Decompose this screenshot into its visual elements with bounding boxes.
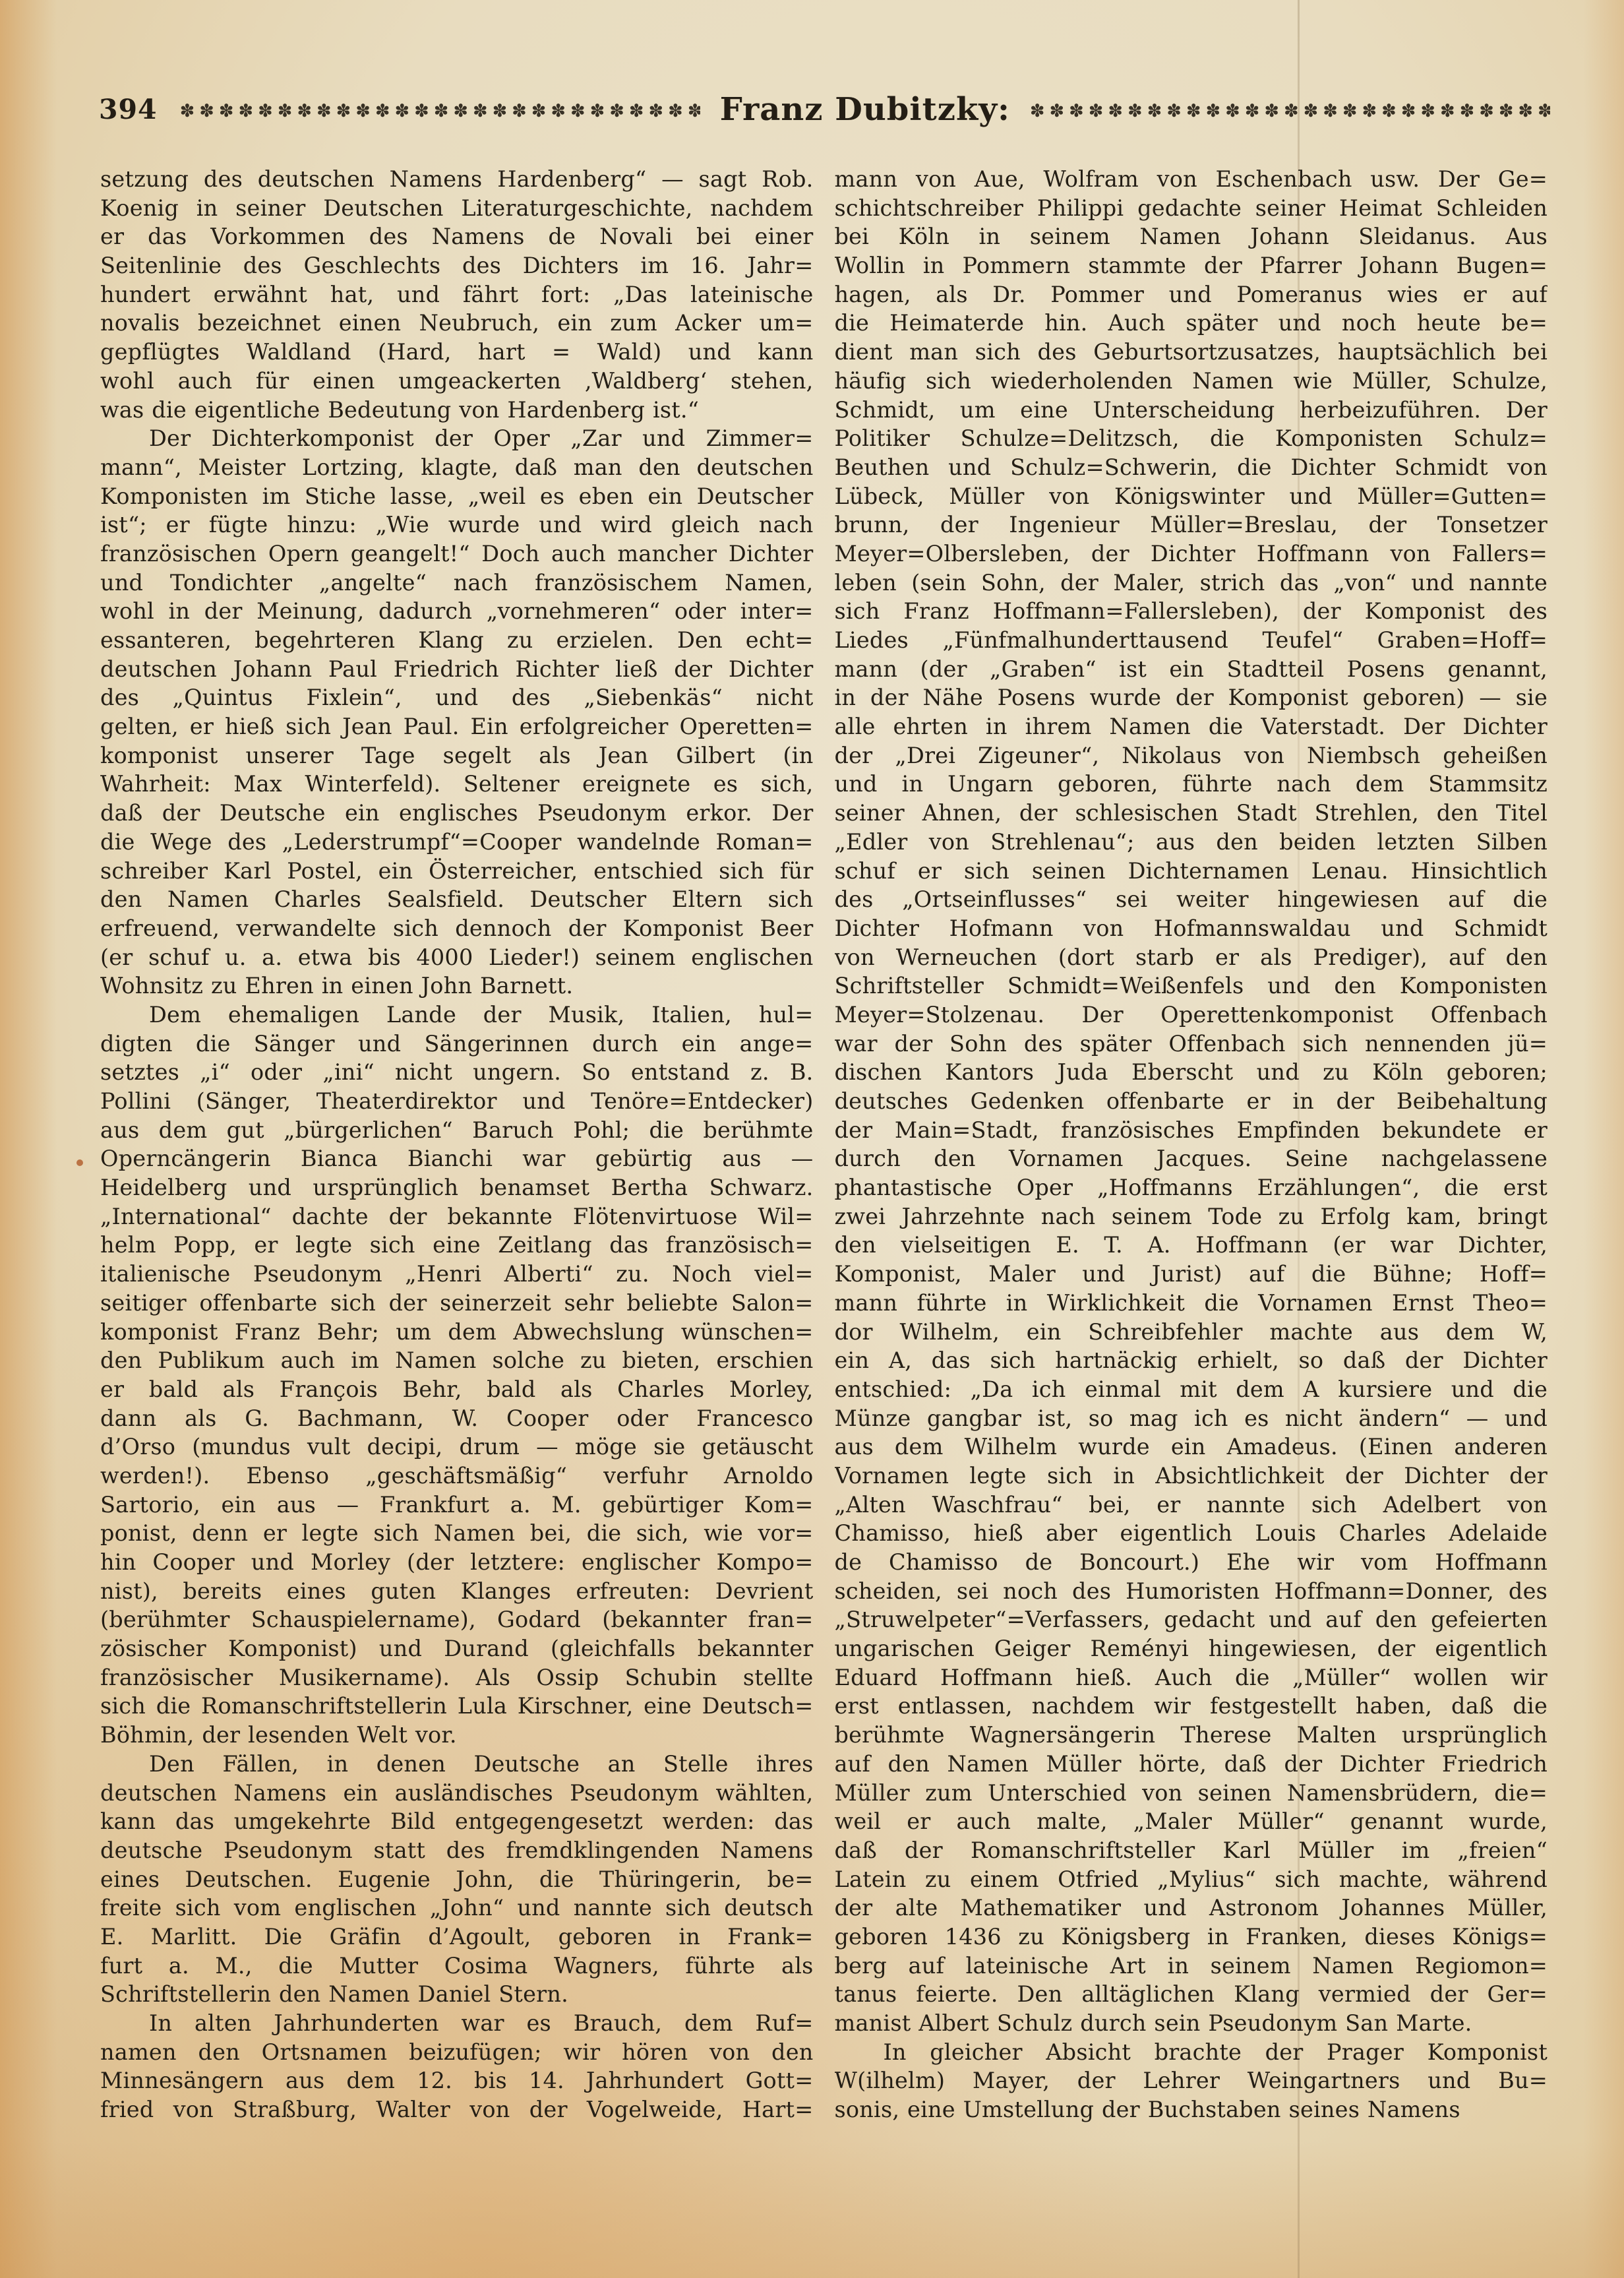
text-line: setzung des deutschen Namens Hardenberg“… — [100, 165, 814, 194]
text-line: Komponisten im Stiche lasse, „weil es eb… — [100, 482, 814, 511]
right-column: mann von Aue, Wolfram von Eschenbach usw… — [835, 165, 1548, 2124]
text-line: von Werneuchen (dort starb er als Predig… — [835, 943, 1548, 972]
text-line: die Heimaterde hin. Auch später und noch… — [835, 309, 1548, 338]
text-line: mann führte in Wirklichkeit die Vornamen… — [835, 1289, 1548, 1318]
text-line: gelten, er hieß sich Jean Paul. Ein erfo… — [100, 712, 814, 741]
text-line: sich die Romanschriftstellerin Lula Kirs… — [100, 1692, 814, 1721]
text-line: daß der Romanschriftsteller Karl Müller … — [835, 1836, 1548, 1865]
text-line: „Alten Waschfrau“ bei, er nannte sich Ad… — [835, 1491, 1548, 1520]
text-line: Latein zu einem Otfried „Mylius“ sich ma… — [835, 1865, 1548, 1894]
text-line: leben (sein Sohn, der Maler, strich das … — [835, 569, 1548, 598]
text-line: italienische Pseudonym „Henri Alberti“ z… — [100, 1260, 814, 1289]
text-line: deutschen Namens ein ausländisches Pseud… — [100, 1779, 814, 1808]
text-line: Böhmin, der lesenden Welt vor. — [100, 1721, 814, 1750]
text-line: furt a. M., die Mutter Cosima Wagners, f… — [100, 1952, 814, 1981]
text-line: Heidelberg und ursprünglich benamset Ber… — [100, 1173, 814, 1202]
text-line: französischen Opern geangelt!“ Doch auch… — [100, 539, 814, 569]
text-line: mann (der „Graben“ ist ein Stadtteil Pos… — [835, 655, 1548, 684]
text-line: ungarischen Geiger Reményi hingewiesen, … — [835, 1634, 1548, 1663]
text-line: wohl in der Meinung, dadurch „vornehmere… — [100, 597, 814, 626]
text-line: und Tondichter „angelte“ nach französisc… — [100, 569, 814, 598]
text-line: schichtschreiber Philippi gedachte seine… — [835, 194, 1548, 223]
text-line: sonis, eine Umstellung der Buchstaben se… — [835, 2095, 1548, 2124]
text-line: digten die Sänger und Sängerinnen durch … — [100, 1030, 814, 1059]
text-line: alle ehrten in ihrem Namen die Vaterstad… — [835, 712, 1548, 741]
ink-speck — [76, 1159, 83, 1166]
text-line: was die eigentliche Bedeutung von Harden… — [100, 396, 814, 425]
page-header: 394 ✽✽✽✽✽✽✽✽✽✽✽✽✽✽✽✽✽✽✽✽✽✽✽✽✽✽✽✽ Franz D… — [99, 86, 1550, 133]
text-line: deutschen Johann Paul Friedrich Richter … — [100, 655, 814, 684]
text-line: weil er auch malte, „Maler Müller“ genan… — [835, 1807, 1548, 1836]
text-line: Meyer=Stolzenau. Der Operettenkomponist … — [835, 1000, 1548, 1030]
text-line: schreiber Karl Postel, ein Österreicher,… — [100, 857, 814, 886]
text-line: schuf er sich seinen Dichternamen Lenau.… — [835, 857, 1548, 886]
text-line: Dichter Hofmann von Hofmannswaldau und S… — [835, 914, 1548, 943]
scanned-page: 394 ✽✽✽✽✽✽✽✽✽✽✽✽✽✽✽✽✽✽✽✽✽✽✽✽✽✽✽✽ Franz D… — [0, 0, 1624, 2278]
text-line: namen den Ortsnamen beizufügen; wir höre… — [100, 2038, 814, 2067]
text-line: scheiden, sei noch des Humoristen Hoffma… — [835, 1577, 1548, 1606]
text-line: hundert erwähnt hat, und fährt fort: „Da… — [100, 280, 814, 309]
text-line: phantastische Oper „Hoffmanns Erzählunge… — [835, 1173, 1548, 1202]
text-line: fried von Straßburg, Walter von der Voge… — [100, 2095, 814, 2124]
text-line: Den Fällen, in denen Deutsche an Stelle … — [100, 1750, 814, 1779]
ornament-row-right: ✽✽✽✽✽✽✽✽✽✽✽✽✽✽✽✽✽✽✽✽✽✽✽✽✽✽✽✽✽✽ — [1030, 102, 1550, 120]
running-title-author: Franz Dubitzky: — [720, 91, 1010, 128]
text-line: gepflügtes Waldland (Hard, hart = Wald) … — [100, 338, 814, 367]
text-line: nist), bereits eines guten Klanges erfre… — [100, 1577, 814, 1606]
text-line: mann“, Meister Lortzing, klagte, daß man… — [100, 453, 814, 482]
text-line: eines Deutschen. Eugenie John, die Thüri… — [100, 1865, 814, 1894]
text-line: entschied: „Da ich einmal mit dem A kurs… — [835, 1375, 1548, 1404]
text-line: Eduard Hoffmann hieß. Auch die „Müller“ … — [835, 1663, 1548, 1692]
text-line: ist“; er fügte hinzu: „Wie wurde und wir… — [100, 510, 814, 539]
text-line: E. Marlitt. Die Gräfin d’Agoult, geboren… — [100, 1923, 814, 1952]
text-line: Koenig in seiner Deutschen Literaturgesc… — [100, 194, 814, 223]
text-line: berühmte Wagnersängerin Therese Malten u… — [835, 1721, 1548, 1750]
text-line: sich Franz Hoffmann=Fallersleben), der K… — [835, 597, 1548, 626]
text-line: seitiger offenbarte sich der seinerzeit … — [100, 1289, 814, 1318]
text-line: komponist unserer Tage segelt als Jean G… — [100, 741, 814, 770]
text-line: Dem ehemaligen Lande der Musik, Italien,… — [100, 1000, 814, 1030]
text-line: des „Quintus Fixlein“, und des „Siebenkä… — [100, 683, 814, 712]
ornament-row-left: ✽✽✽✽✽✽✽✽✽✽✽✽✽✽✽✽✽✽✽✽✽✽✽✽✽✽✽✽ — [180, 102, 700, 120]
text-line: und in Ungarn geboren, führte nach dem S… — [835, 770, 1548, 799]
text-line: aus dem Wilhelm wurde ein Amadeus. (Eine… — [835, 1432, 1548, 1462]
text-line: der „Drei Zigeuner“, Nikolaus von Niembs… — [835, 741, 1548, 770]
text-line: bei Köln in seinem Namen Johann Sleidanu… — [835, 222, 1548, 251]
text-line: Schmidt, um eine Unterscheidung herbeizu… — [835, 396, 1548, 425]
text-line: Wahrheit: Max Winterfeld). Seltener erei… — [100, 770, 814, 799]
text-line: (berühmter Schauspielername), Godard (be… — [100, 1605, 814, 1634]
text-line: Lübeck, Müller von Königswinter und Müll… — [835, 482, 1548, 511]
text-line: durch den Vornamen Jacques. Seine nachge… — [835, 1144, 1548, 1173]
text-line: Meyer=Olbersleben, der Dichter Hoffmann … — [835, 539, 1548, 569]
text-line: (er schuf u. a. etwa bis 4000 Lieder!) s… — [100, 943, 814, 972]
text-line: ponist, denn er legte sich Namen bei, di… — [100, 1519, 814, 1548]
text-line: Münze gangbar ist, so mag ich es nicht ä… — [835, 1404, 1548, 1433]
text-line: des „Ortseinflusses“ sei weiter hingewie… — [835, 885, 1548, 914]
text-line: Komponist, Maler und Jurist) auf die Büh… — [835, 1260, 1548, 1289]
text-line: Seitenlinie des Geschlechts des Dichters… — [100, 251, 814, 280]
text-line: auf den Namen Müller hörte, daß der Dich… — [835, 1750, 1548, 1779]
page-number: 394 — [99, 94, 158, 125]
text-line: den vielseitigen E. T. A. Hoffmann (er w… — [835, 1231, 1548, 1260]
text-line: aus dem gut „bürgerlichen“ Baruch Pohl; … — [100, 1116, 814, 1145]
text-line: d’Orso (mundus vult decipi, drum — möge … — [100, 1432, 814, 1462]
text-line: Wollin in Pommern stammte der Pfarrer Jo… — [835, 251, 1548, 280]
text-line: helm Popp, er legte sich eine Zeitlang d… — [100, 1231, 814, 1260]
text-line: tanus feierte. Den alltäglichen Klang ve… — [835, 1980, 1548, 2009]
text-line: essanteren, begehrteren Klang zu erziele… — [100, 626, 814, 655]
text-line: geboren 1436 zu Königsberg in Franken, d… — [835, 1923, 1548, 1952]
text-line: erst entlassen, nachdem wir festgestellt… — [835, 1692, 1548, 1721]
text-line: Politiker Schulze=Delitzsch, die Komponi… — [835, 424, 1548, 453]
text-line: den Namen Charles Sealsfield. Deutscher … — [100, 885, 814, 914]
text-line: französischer Musikername). Als Ossip Sc… — [100, 1663, 814, 1692]
text-line: der alte Mathematiker und Astronom Johan… — [835, 1893, 1548, 1923]
text-line: er das Vorkommen des Namens de Novali be… — [100, 222, 814, 251]
text-line: brunn, der Ingenieur Müller=Breslau, der… — [835, 510, 1548, 539]
text-line: setztes „i“ oder „ini“ nicht ungern. So … — [100, 1058, 814, 1087]
text-line: Liedes „Fünfmalhunderttausend Teufel“ Gr… — [835, 626, 1548, 655]
text-line: Opernсängerin Bianca Bianchi war gebürti… — [100, 1144, 814, 1173]
text-line: Wohnsitz zu Ehren in einen John Barnett. — [100, 971, 814, 1000]
text-line: dann als G. Bachmann, W. Cooper oder Fra… — [100, 1404, 814, 1433]
text-line: mann von Aue, Wolfram von Eschenbach usw… — [835, 165, 1548, 194]
text-line: wohl auch für einen umgeackerten ‚Waldbe… — [100, 367, 814, 396]
text-line: Pollini (Sänger, Theaterdirektor und Ten… — [100, 1087, 814, 1116]
text-line: hin Cooper und Morley (der letztere: eng… — [100, 1548, 814, 1577]
text-line: daß der Deutsche ein englisches Pseudony… — [100, 799, 814, 828]
text-line: kann das umgekehrte Bild entgegengesetzt… — [100, 1807, 814, 1836]
text-line: seiner Ahnen, der schlesischen Stadt Str… — [835, 799, 1548, 828]
text-line: häufig sich wiederholenden Namen wie Mül… — [835, 367, 1548, 396]
text-line: „Edler von Strehlenau“; aus den beiden l… — [835, 828, 1548, 857]
text-line: er bald als François Behr, bald als Char… — [100, 1375, 814, 1404]
text-line: „Struwelpeter“=Verfassers, gedacht und a… — [835, 1605, 1548, 1634]
text-line: ein A, das sich hartnäckig erhielt, so d… — [835, 1346, 1548, 1375]
text-line: komponist Franz Behr; um dem Abwechslung… — [100, 1318, 814, 1347]
text-line: In alten Jahrhunderten war es Brauch, de… — [100, 2009, 814, 2038]
text-line: deutsches Gedenken offenbarte er in der … — [835, 1087, 1548, 1116]
text-line: zwei Jahrzehnte nach seinem Tode zu Erfo… — [835, 1202, 1548, 1231]
text-columns: setzung des deutschen Namens Hardenberg“… — [100, 165, 1548, 2124]
left-column: setzung des deutschen Namens Hardenberg“… — [100, 165, 814, 2124]
text-line: in der Nähe Posens wurde der Komponist g… — [835, 683, 1548, 712]
text-line: deutsche Pseudonym statt des fremdklinge… — [100, 1836, 814, 1865]
text-line: erfreuend, verwandelte sich dennoch der … — [100, 914, 814, 943]
text-line: dor Wilhelm, ein Schreibfehler machte au… — [835, 1318, 1548, 1347]
text-line: de Chamisso de Boncourt.) Ehe wir vom Ho… — [835, 1548, 1548, 1577]
text-line: „International“ dachte der bekannte Flöt… — [100, 1202, 814, 1231]
text-line: den Publikum auch im Namen solche zu bie… — [100, 1346, 814, 1375]
text-line: zösischer Komponist) und Durand (gleichf… — [100, 1634, 814, 1663]
text-line: berg auf lateinische Art in seinem Namen… — [835, 1952, 1548, 1981]
text-line: Chamisso, hieß aber eigentlich Louis Cha… — [835, 1519, 1548, 1548]
text-line: Schriftstellerin den Namen Daniel Stern. — [100, 1980, 814, 2009]
text-line: Schriftsteller Schmidt=Weißenfels und de… — [835, 971, 1548, 1000]
text-line: Vornamen legte sich in Absichtlichkeit d… — [835, 1462, 1548, 1491]
text-line: Minnesängern aus dem 12. bis 14. Jahrhun… — [100, 2066, 814, 2095]
text-line: werden!). Ebenso „geschäftsmäßig“ verfuh… — [100, 1462, 814, 1491]
text-line: Müller zum Unterschied von seinen Namens… — [835, 1779, 1548, 1808]
text-line: dient man sich des Geburtsortzusatzes, h… — [835, 338, 1548, 367]
text-line: der Main=Stadt, französisches Empfinden … — [835, 1116, 1548, 1145]
text-line: novalis bezeichnet einen Neubruch, ein z… — [100, 309, 814, 338]
text-line: Der Dichterkomponist der Oper „Zar und Z… — [100, 424, 814, 453]
text-line: W(ilhelm) Mayer, der Lehrer Weingartners… — [835, 2066, 1548, 2095]
text-line: Sartorio, ein aus — Frankfurt a. M. gebü… — [100, 1491, 814, 1520]
text-line: war der Sohn des später Offenbach sich n… — [835, 1030, 1548, 1059]
text-line: In gleicher Absicht brachte der Prager K… — [835, 2038, 1548, 2067]
text-line: manist Albert Schulz durch sein Pseudony… — [835, 2009, 1548, 2038]
text-line: hagen, als Dr. Pommer und Pomeranus wies… — [835, 280, 1548, 309]
text-line: dischen Kantors Juda Eberscht und zu Köl… — [835, 1058, 1548, 1087]
text-line: die Wege des „Lederstrumpf“=Cooper wande… — [100, 828, 814, 857]
text-line: Beuthen und Schulz=Schwerin, die Dichter… — [835, 453, 1548, 482]
text-line: freite sich vom englischen „John“ und na… — [100, 1893, 814, 1923]
